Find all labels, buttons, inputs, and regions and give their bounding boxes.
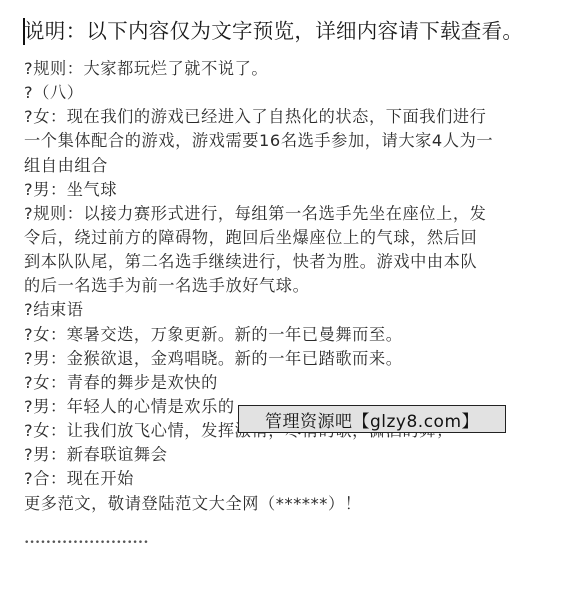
document-line: 的后一名选手为前一名选手放好气球。 [24, 274, 554, 298]
document-line: 令后，绕过前方的障碍物，跑回后坐爆座位上的气球，然后回 [24, 226, 554, 250]
document-line: ?女：青春的舞步是欢快的 [24, 371, 554, 395]
document-line: ?男：新春联谊舞会 [24, 443, 554, 467]
document-line: 到本队队尾，第二名选手继续进行，快者为胜。游戏中由本队 [24, 250, 554, 274]
document-line: 组自由组合 [24, 154, 554, 178]
document-line: ?女：寒暑交迭，万象更新。新的一年已曼舞而至。 [24, 323, 554, 347]
watermark-banner: 管理资源吧【glzy8.com】 [238, 405, 506, 433]
preview-notice: 说明：以下内容仅为文字预览，详细内容请下载查看。 [24, 17, 523, 45]
document-line: ?男：金猴欲退，金鸡唱晓。新的一年已踏歌而来。 [24, 347, 554, 371]
document-line: 一个集体配合的游戏，游戏需要16名选手参加，请大家4人为一 [24, 129, 554, 153]
document-line: ?规则：大家都玩烂了就不说了。 [24, 57, 554, 81]
document-line: ?规则：以接力赛形式进行，每组第一名选手先坐在座位上，发 [24, 202, 554, 226]
dotted-separator: ••••••••••••••••••••••• [24, 538, 149, 548]
document-line: ?女：现在我们的游戏已经进入了自热化的状态，下面我们进行 [24, 105, 554, 129]
document-line: ?合：现在开始 [24, 467, 554, 491]
document-line: ?结束语 [24, 298, 554, 322]
document-line: 更多范文，敬请登陆范文大全网（******）！ [24, 492, 554, 516]
document-line: ?（八） [24, 81, 554, 105]
document-line: ?男：坐气球 [24, 178, 554, 202]
document-body: ?规则：大家都玩烂了就不说了。 ?（八） ?女：现在我们的游戏已经进入了自热化的… [24, 57, 554, 516]
